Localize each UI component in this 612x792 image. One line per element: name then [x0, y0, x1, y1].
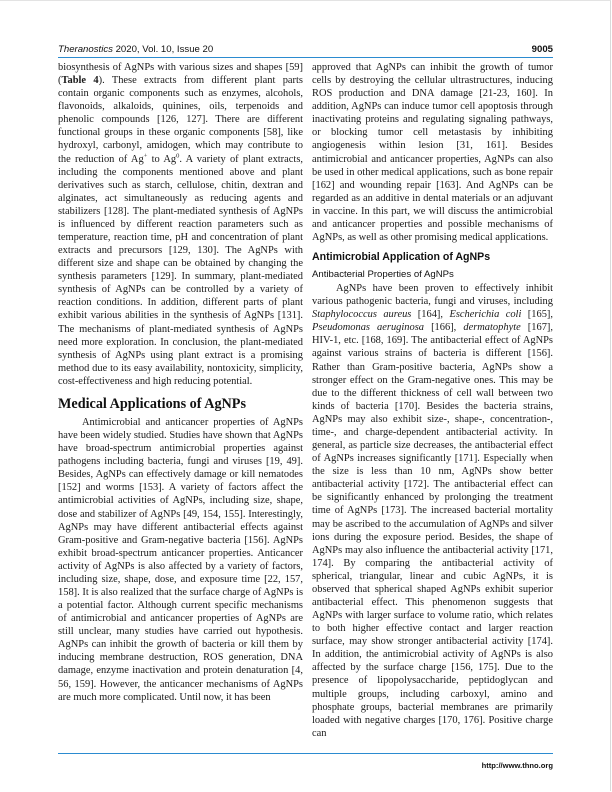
species-name: Escherichia coli: [449, 309, 521, 320]
text-run: [166],: [424, 322, 463, 333]
section-heading-medical-applications: Medical Applications of AgNPs: [58, 395, 303, 413]
table-reference: Table 4: [61, 75, 98, 86]
text-run: ). These extracts from different plant p…: [58, 75, 303, 164]
text-run: [165],: [521, 309, 553, 320]
journal-name: Theranostics: [58, 44, 113, 55]
footer-rule: [58, 753, 553, 754]
subsection-heading-antibacterial: Antibacterial Properties of AgNPs: [312, 268, 553, 281]
species-name: Pseudomonas aeruginosa: [312, 322, 424, 333]
journal-url-link[interactable]: http://www.thno.org: [482, 761, 553, 770]
paragraph-antibacterial: AgNPs have been proven to effectively in…: [312, 282, 553, 740]
paragraph-medical-intro: Antimicrobial and anticancer properties …: [58, 416, 303, 704]
text-run: [167], HIV-1, etc. [168, 169]. The antib…: [312, 322, 553, 738]
section-heading-antimicrobial: Antimicrobial Application of AgNPs: [312, 250, 553, 264]
page-number: 9005: [532, 44, 553, 55]
header-rule: [58, 57, 553, 58]
text-run: [164],: [411, 309, 449, 320]
text-run: . A variety of plant extracts, including…: [58, 154, 303, 387]
volume-issue: 2020, Vol. 10, Issue 20: [113, 44, 213, 55]
species-name: dermatophyte: [463, 322, 520, 333]
paragraph-plant-synthesis: biosynthesis of AgNPs with various sizes…: [58, 61, 303, 388]
journal-citation: Theranostics 2020, Vol. 10, Issue 20: [58, 44, 213, 55]
text-run: AgNPs have been proven to effectively in…: [312, 283, 553, 307]
running-header: Theranostics 2020, Vol. 10, Issue 20 900…: [58, 44, 553, 58]
left-column: biosynthesis of AgNPs with various sizes…: [58, 61, 303, 704]
paragraph-medical-continued: approved that AgNPs can inhibit the grow…: [312, 61, 553, 244]
right-column: approved that AgNPs can inhibit the grow…: [312, 61, 553, 740]
species-name: Staphylococcus aureus: [312, 309, 411, 320]
text-run: to Ag: [147, 154, 176, 165]
